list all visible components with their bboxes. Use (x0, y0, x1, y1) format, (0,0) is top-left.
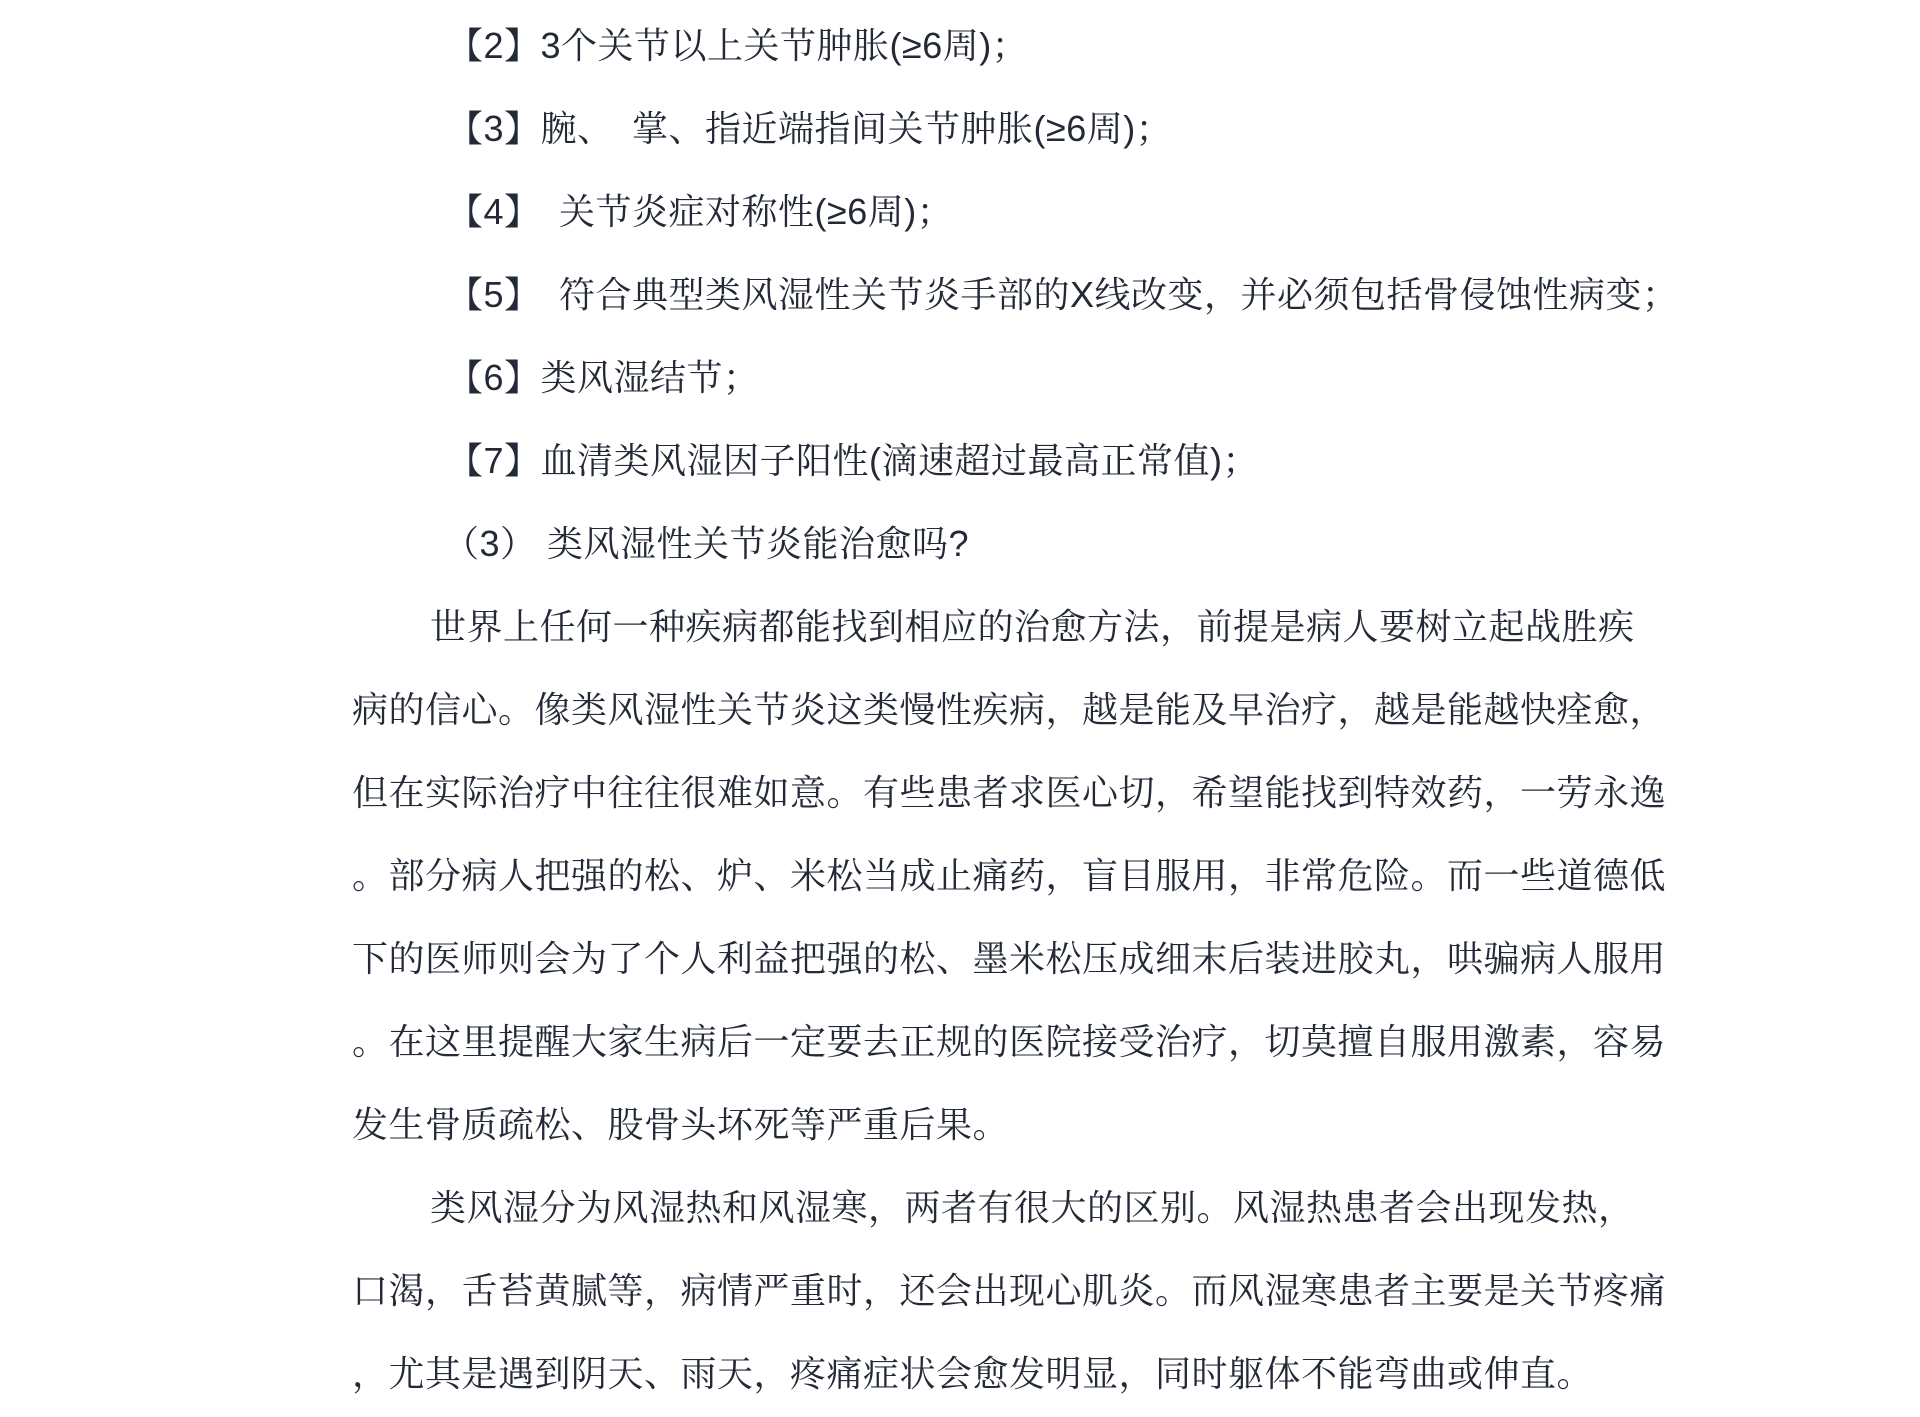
paragraph-types-line: 类风湿分为风湿热和风湿寒，两者有很大的区别。风湿热患者会出现发热， (430, 1166, 1682, 1249)
criteria-item-5: 【5】 符合典型类风湿性关节炎手部的X线改变，并必须包括骨侵蚀性病变； (447, 253, 1682, 336)
document-page: 【2】3个关节以上关节肿胀(≥6周)； 【3】腕、 掌、指近端指间关节肿胀(≥6… (0, 0, 1920, 1417)
paragraph-cure-line: 世界上任何一种疾病都能找到相应的治愈方法，前提是病人要树立起战胜疾 (430, 585, 1682, 668)
paragraph-types-line: ，尤其是遇到阴天、雨天，疼痛症状会愈发明显，同时躯体不能弯曲或伸直。 (352, 1332, 1682, 1415)
paragraph-cure-line: 。在这里提醒大家生病后一定要去正规的医院接受治疗，切莫擅自服用激素，容易 (352, 1000, 1682, 1083)
criteria-item-4: 【4】 关节炎症对称性(≥6周)； (447, 170, 1682, 253)
text-block: 【2】3个关节以上关节肿胀(≥6周)； 【3】腕、 掌、指近端指间关节肿胀(≥6… (352, 4, 1682, 1415)
paragraph-types-line: 口渴，舌苔黄腻等，病情严重时，还会出现心肌炎。而风湿寒患者主要是关节疼痛 (352, 1249, 1682, 1332)
paragraph-cure-line: 但在实际治疗中往往很难如意。有些患者求医心切，希望能找到特效药，一劳永逸 (352, 751, 1682, 834)
paragraph-cure-line: 发生骨质疏松、股骨头坏死等严重后果。 (352, 1083, 1682, 1166)
criteria-item-7: 【7】血清类风湿因子阳性(滴速超过最高正常值)； (447, 419, 1682, 502)
criteria-item-3: 【3】腕、 掌、指近端指间关节肿胀(≥6周)； (447, 87, 1682, 170)
criteria-item-2: 【2】3个关节以上关节肿胀(≥6周)； (447, 4, 1682, 87)
criteria-item-6: 【6】类风湿结节； (447, 336, 1682, 419)
paragraph-cure-line: 病的信心。像类风湿性关节炎这类慢性疾病，越是能及早治疗，越是能越快痊愈， (352, 668, 1682, 751)
paragraph-cure-line: 。部分病人把强的松、炉、米松当成止痛药，盲目服用，非常危险。而一些道德低 (352, 834, 1682, 917)
paragraph-cure-line: 下的医师则会为了个人利益把强的松、墨米松压成细末后装进胶丸，哄骗病人服用 (352, 917, 1682, 1000)
question-heading: （3） 类风湿性关节炎能治愈吗? (443, 502, 1682, 585)
